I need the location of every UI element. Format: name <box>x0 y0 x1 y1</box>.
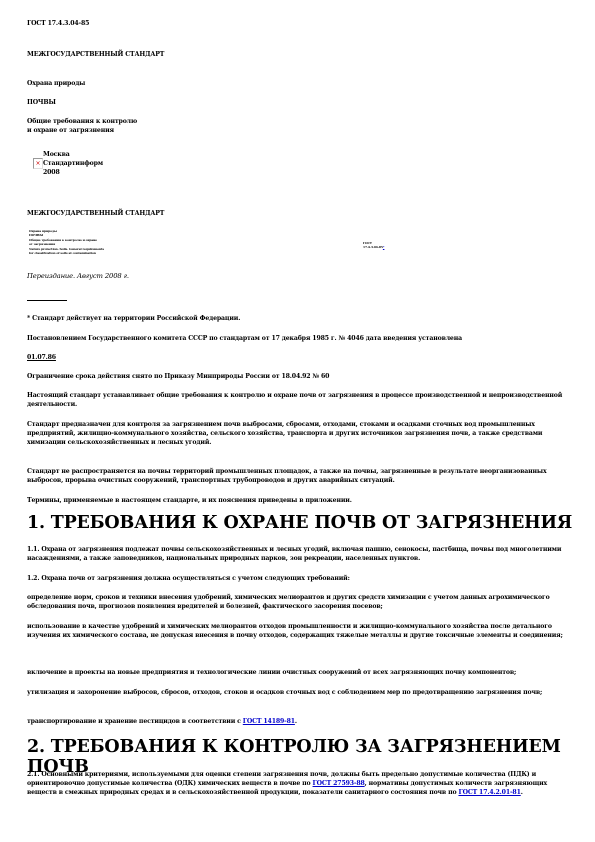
clause-1-1: 1.1. Охрана от загрязнения подлежат почв… <box>27 545 572 563</box>
footnote-link[interactable]: * <box>383 245 384 249</box>
title-block-code-value: 17.4.3.04-85 <box>363 245 383 249</box>
title-block-standard-type: МЕЖГОСУДАРСТВЕННЫЙ СТАНДАРТ <box>27 209 572 218</box>
punctuation: . <box>521 789 523 796</box>
title-line-1: Общие требования к контролю <box>27 117 572 126</box>
title-block-line: ПОЧВЫ <box>29 233 43 237</box>
clause-2-1: 2.1. Основными критериями, используемыми… <box>27 770 572 797</box>
limitation-text: Ограничение срока действия снято по Прик… <box>27 372 572 381</box>
requirement-item: утилизация и захоронение выбросов, сброс… <box>27 688 572 697</box>
title-block-code: 17.4.3.04-85* <box>363 245 384 249</box>
requirement-item: использование в качестве удобрений и хим… <box>27 622 572 640</box>
doc-code: ГОСТ 17.4.3.04-85 <box>27 19 572 28</box>
footnote-text: * Стандарт действует на территории Росси… <box>27 314 572 323</box>
gost-17-4-2-01-link[interactable]: ГОСТ 17.4.2.01-81 <box>458 789 520 796</box>
standard-type: МЕЖГОСУДАРСТВЕННЫЙ СТАНДАРТ <box>27 50 572 59</box>
exclusion-paragraph: Стандарт не распространяется на почвы те… <box>27 467 572 485</box>
broken-image-icon: × <box>33 158 43 169</box>
gost-14189-link[interactable]: ГОСТ 14189-81 <box>243 718 295 725</box>
section-1-heading: 1. ТРЕБОВАНИЯ К ОХРАНЕ ПОЧВ ОТ ЗАГРЯЗНЕН… <box>27 513 572 533</box>
gost-27593-link[interactable]: ГОСТ 27593-88 <box>313 780 365 787</box>
scope-paragraph: Настоящий стандарт устанавливает общие т… <box>27 391 572 409</box>
publisher-city: Москва <box>43 150 588 159</box>
requirement-text: транспортирование и хранение пестицидов … <box>27 718 243 725</box>
requirement-item: включение в проекты на новые предприятия… <box>27 668 572 677</box>
title-block-line: от загрязнения <box>29 242 55 246</box>
series-label: Охрана природы <box>27 79 572 88</box>
title-block-line: for classification of soils at contamina… <box>29 251 96 255</box>
reissue-note: Переиздание. Август 2008 г. <box>27 272 572 281</box>
purpose-paragraph: Стандарт предназначен для контроля за за… <box>27 420 572 447</box>
punctuation: . <box>295 718 297 725</box>
terms-paragraph: Термины, применяемые в настоящем стандар… <box>27 496 572 505</box>
requirement-item: определение норм, сроков и техники внесе… <box>27 593 572 611</box>
clause-1-2: 1.2. Охрана почв от загрязнения должна о… <box>27 574 572 583</box>
requirement-item-last: транспортирование и хранение пестицидов … <box>27 717 572 726</box>
decree-text: Постановлением Государственного комитета… <box>27 334 572 343</box>
subject-label: ПОЧВЫ <box>27 98 572 107</box>
publisher-name: Стандартинформ <box>43 159 588 168</box>
intro-date: 01.07.86 <box>27 353 572 362</box>
title-line-2: и охране от загрязнения <box>27 126 572 135</box>
publisher-year: 2008 <box>43 168 588 177</box>
footnote-divider <box>27 300 67 301</box>
